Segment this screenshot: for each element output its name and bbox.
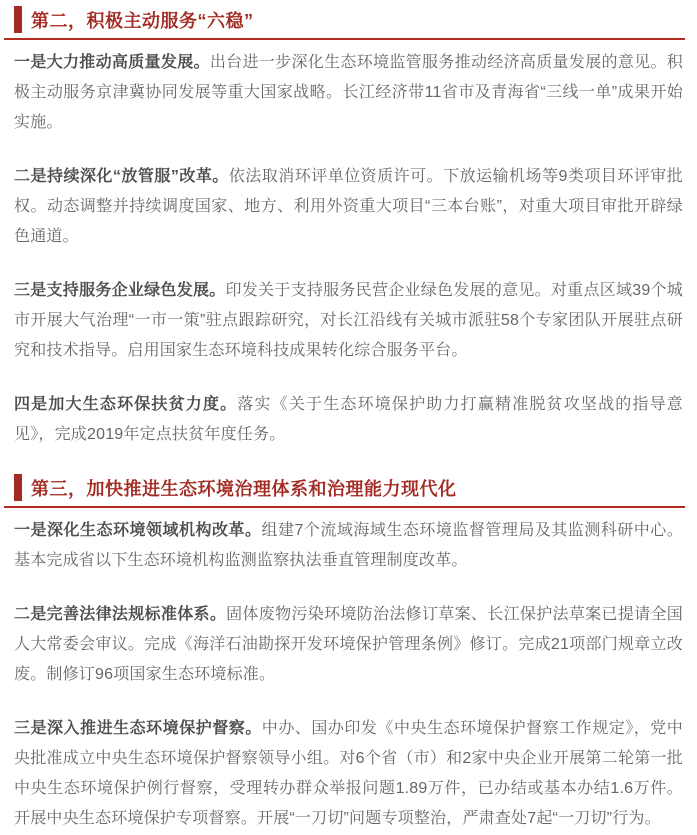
paragraph-lead: 一是深化生态环境领域机构改革。 [14,522,261,539]
document: 第二，积极主动服务“六稳”一是大力推动高质量发展。出台进一步深化生态环境监管服务… [0,0,697,834]
heading-accent-bar [14,474,22,501]
section-title: 第三，加快推进生态环境治理体系和治理能力现代化 [31,475,457,501]
paragraph: 三是支持服务企业绿色发展。印发关于支持服务民营企业绿色发展的意见。对重点区域39… [14,276,683,366]
section: 第二，积极主动服务“六稳”一是大力推动高质量发展。出台进一步深化生态环境监管服务… [14,6,683,450]
paragraph-lead: 三是深入推进生态环境保护督察。 [14,720,262,737]
section-heading: 第三，加快推进生态环境治理体系和治理能力现代化 [4,474,685,508]
paragraph: 四是加大生态环保扶贫力度。落实《关于生态环境保护助力打赢精准脱贫攻坚战的指导意见… [14,390,683,450]
section-heading: 第二，积极主动服务“六稳” [4,6,685,40]
paragraph-lead: 三是支持服务企业绿色发展。 [14,282,226,299]
heading-accent-bar [14,6,22,33]
paragraph-lead: 二是完善法律法规标准体系。 [14,606,226,623]
section-title: 第二，积极主动服务“六稳” [31,7,254,33]
paragraph: 二是完善法律法规标准体系。固体废物污染环境防治法修订草案、长江保护法草案已提请全… [14,600,683,690]
paragraph: 三是深入推进生态环境保护督察。中办、国办印发《中央生态环境保护督察工作规定》，党… [14,714,683,834]
section: 第三，加快推进生态环境治理体系和治理能力现代化一是深化生态环境领域机构改革。组建… [14,474,683,834]
paragraph-lead: 二是持续深化“放管服”改革。 [14,168,229,185]
paragraph-lead: 一是大力推动高质量发展。 [14,54,210,71]
paragraph-lead: 四是加大生态环保扶贫力度。 [14,396,237,413]
paragraph: 一是深化生态环境领域机构改革。组建7个流域海域生态环境监督管理局及其监测科研中心… [14,516,683,576]
paragraph: 一是大力推动高质量发展。出台进一步深化生态环境监管服务推动经济高质量发展的意见。… [14,48,683,138]
paragraph: 二是持续深化“放管服”改革。依法取消环评单位资质许可。下放运输机场等9类项目环评… [14,162,683,252]
